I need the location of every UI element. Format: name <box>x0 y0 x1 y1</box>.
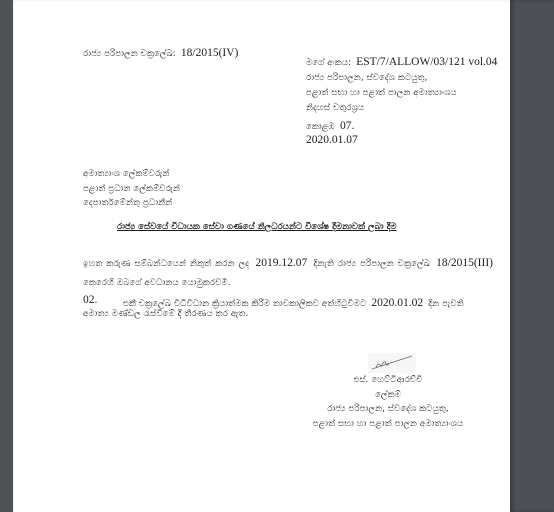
paragraph-2-text: එකී චක්‍රලේඛ විධිවිධාන ක්‍රියාත්මක කිරීම… <box>123 299 366 309</box>
letter-date: 2020.01.07 <box>306 134 358 146</box>
circular-reference-number: 18/2015(IV) <box>181 47 239 59</box>
signatory-ministry-1: රාජ්‍ය පරිපාලන, ස්වදේශ කටයුතු, <box>283 402 493 417</box>
recipients-list: අමාත්‍යාංශ ලේකම්වරුන් පළාත් ප්‍රධාන ලේකම… <box>83 167 180 211</box>
reference-block: මගේ අංකය: EST/7/ALLOW/03/121 vol.04 රාජ්… <box>306 52 497 135</box>
signatory-title: ලේකම් <box>283 388 493 403</box>
signature-image <box>368 353 416 373</box>
address-line-2: කොළඹ 07. <box>306 116 497 135</box>
recipient: පළාත් ප්‍රධාන ලේකම්වරුන් <box>83 182 180 197</box>
viewer-scrollbar-area[interactable] <box>510 0 554 512</box>
my-number: EST/7/ALLOW/03/121 vol.04 <box>356 56 497 68</box>
circular-reference: රාජ්‍ය පරිපාලන චක්‍රලේඛ: 18/2015(IV) <box>83 41 238 60</box>
paragraph-2-continued: අමාත්‍ය මණ්ඩල රැස්වීමේ දී තීරණය කර ඇත. <box>83 309 248 319</box>
signature-block: එස්. හෙට්ටිආරච්චි ලේකම් රාජ්‍ය පරිපාලන, … <box>283 373 493 431</box>
paragraph-1-circular: 18/2015(III) <box>436 257 493 269</box>
paragraph-1-text: කෙරෙහි ඔබගේ අවධානය යොමුකරවමි. <box>83 278 231 288</box>
ministry-line-2: පළාත් සභා හා පළාත් පාලන අමාත්‍යාංශය <box>306 86 497 101</box>
document-page: රාජ්‍ය පරිපාලන චක්‍රලේඛ: 18/2015(IV) මගේ… <box>13 0 510 512</box>
address-postcode: 07. <box>340 120 354 132</box>
viewer-left-margin <box>0 0 13 512</box>
paragraph-1-date: 2019.12.07 <box>255 257 307 269</box>
recipient: අමාත්‍යාංශ ලේකම්වරුන් <box>83 167 180 182</box>
signatory-ministry-2: පළාත් සභා හා පළාත් පාලන අමාත්‍යාංශය <box>283 417 493 432</box>
ministry-line-1: රාජ්‍ය පරිපාලන, ස්වදේශ කටයුතු, <box>306 71 497 86</box>
paragraph-1: ඉහත කරුණ සම්බන්ධයෙන් නිකුත් කරන ලද 2019.… <box>83 253 493 291</box>
paragraph-2-number: 02. <box>83 294 97 306</box>
address-city: කොළඹ <box>306 122 335 132</box>
my-number-line: මගේ අංකය: EST/7/ALLOW/03/121 vol.04 <box>306 52 497 71</box>
circular-reference-label: රාජ්‍ය පරිපාලන චක්‍රලේඛ: <box>83 49 176 59</box>
letter-subject: රාජ්‍ය සේවයේ විධායක සේවා ගණයේ නිලධරයන්ට … <box>117 222 397 232</box>
signatory-name: එස්. හෙට්ටිආරච්චි <box>283 373 493 388</box>
paragraph-2-date: 2020.01.02 <box>371 297 423 309</box>
paragraph-1-text: ඉහත කරුණ සම්බන්ධයෙන් නිකුත් කරන ලද <box>83 259 249 269</box>
my-number-label: මගේ අංකය: <box>306 58 351 68</box>
paragraph-1-text: දිනැති රාජ්‍ය පරිපාලන චක්‍රලේඛ <box>313 259 430 269</box>
recipient: දෙපාර්තමේන්තු ප්‍රධානීන් <box>83 196 180 211</box>
paragraph-2-text: දින පැවති <box>428 299 464 309</box>
